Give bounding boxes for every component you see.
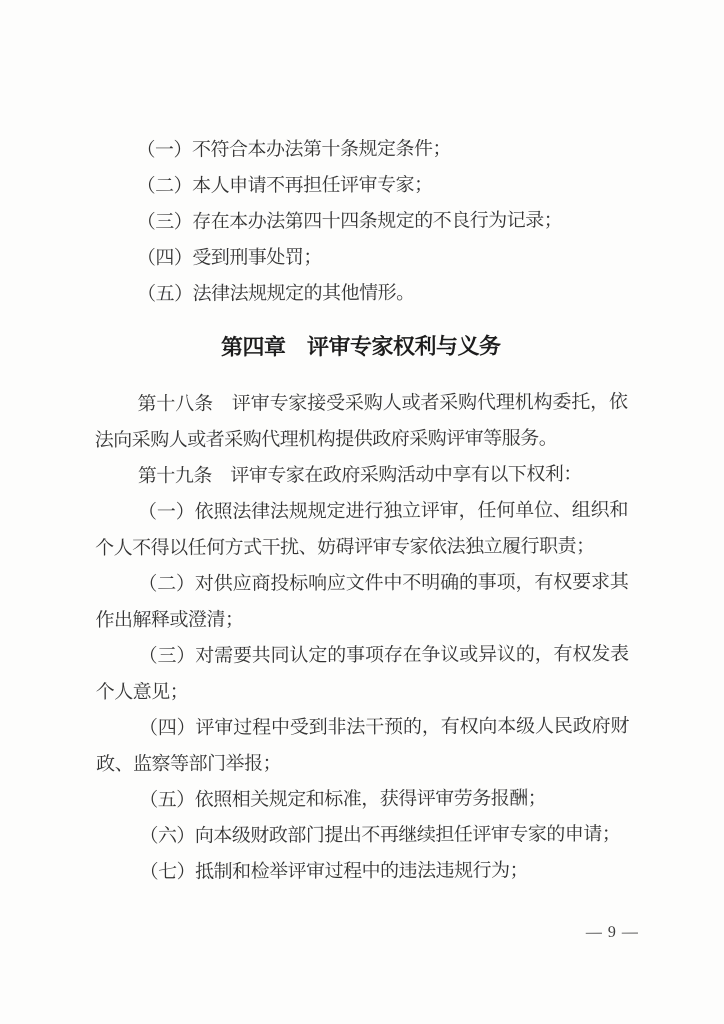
paragraph: （七）抵制和检举评审过程中的违法违规行为；	[96, 853, 629, 891]
list-item: （一）不符合本办法第十条规定条件；	[93, 131, 626, 169]
paragraph: （五）依照相关规定和标准，获得评审劳务报酬；	[96, 781, 629, 819]
paragraph: （二）对供应商投标响应文件中不明确的事项，有权要求其作出解释或澄清；	[95, 565, 628, 639]
paragraph: 第十八条 评审专家接受采购人或者采购代理机构委托，依法向采购人或者采购代理机构提…	[94, 385, 627, 459]
chapter-heading: 第四章 评审专家权利与义务	[94, 327, 627, 367]
paragraph: 第十九条 评审专家在政府采购活动中享有以下权利：	[95, 457, 628, 495]
paragraph: （三）对需要共同认定的事项存在争议或异议的，有权发表个人意见；	[96, 637, 629, 711]
document-page: （一）不符合本办法第十条规定条件； （二）本人申请不再担任评审专家； （三）存在…	[0, 0, 724, 1024]
page-content: （一）不符合本办法第十条规定条件； （二）本人申请不再担任评审专家； （三）存在…	[93, 131, 629, 891]
list-item: （五）法律法规规定的其他情形。	[94, 275, 627, 313]
paragraph: （一）依照法律法规规定进行独立评审，任何单位、组织和个人不得以任何方式干扰、妨碍…	[95, 493, 628, 567]
page-number: — 9 —	[586, 924, 639, 942]
paragraph: （四）评审过程中受到非法干预的，有权向本级人民政府财政、监察等部门举报；	[96, 709, 629, 783]
paragraph: （六）向本级财政部门提出不再继续担任评审专家的申请；	[96, 817, 629, 855]
list-item: （四）受到刑事处罚；	[94, 239, 627, 277]
list-item: （二）本人申请不再担任评审专家；	[94, 167, 627, 205]
list-item: （三）存在本办法第四十四条规定的不良行为记录；	[94, 203, 627, 241]
scanned-page-body: （一）不符合本办法第十条规定条件； （二）本人申请不再担任评审专家； （三）存在…	[0, 0, 724, 1024]
